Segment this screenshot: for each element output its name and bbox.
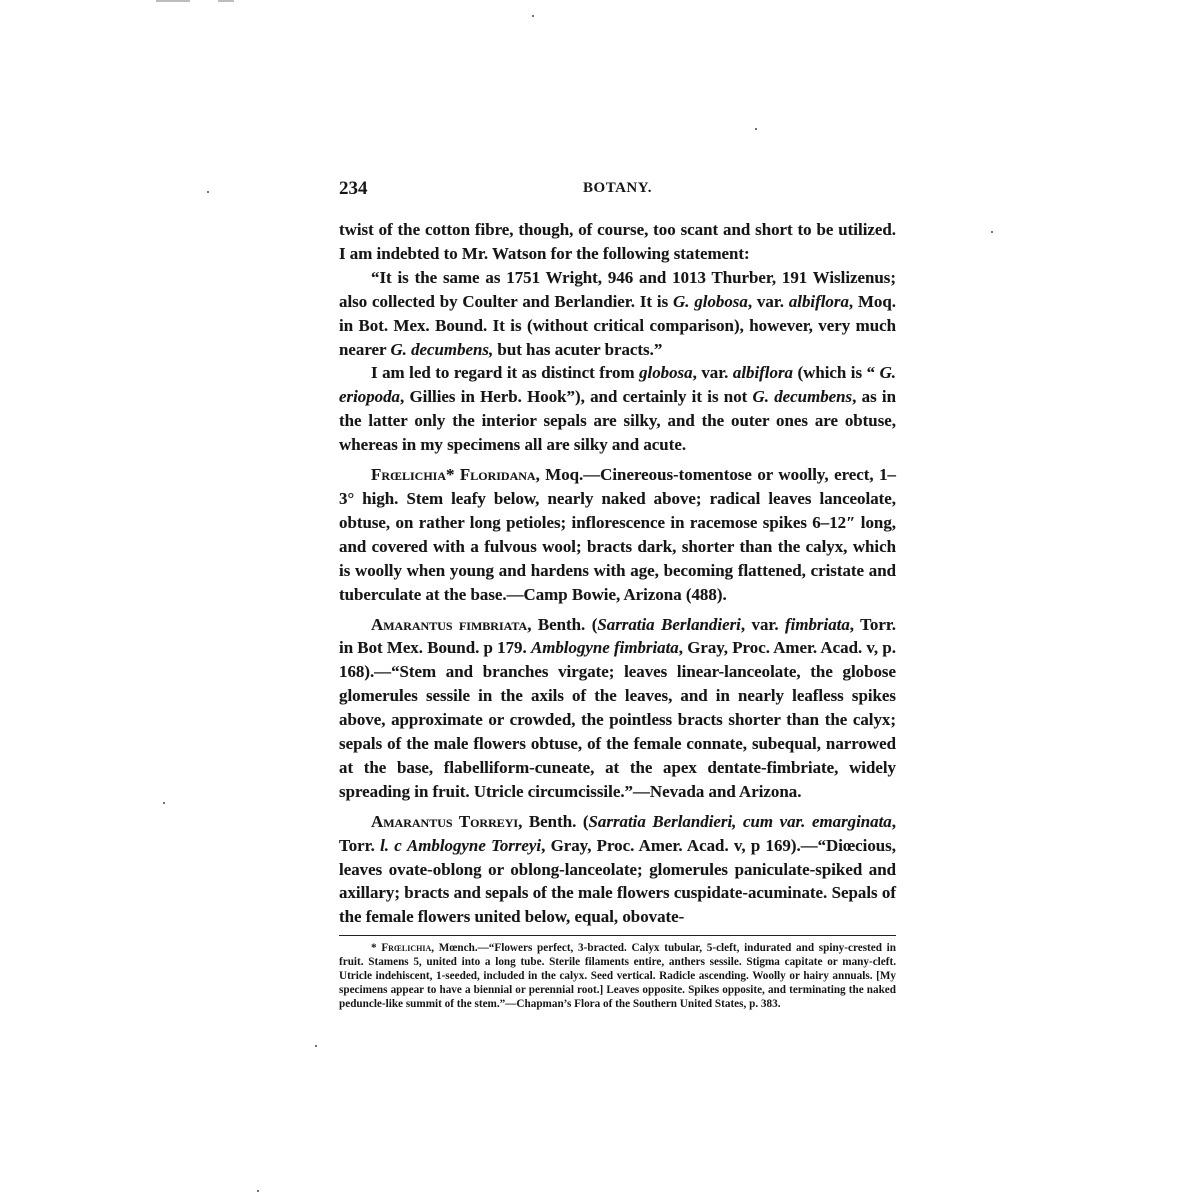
footnote-divider xyxy=(339,935,896,936)
paragraph: Amarantus fimbriata, Benth. (Sarratia Be… xyxy=(339,613,896,804)
scan-speck xyxy=(315,1045,317,1047)
italic-run: G. globosa xyxy=(673,292,748,311)
italic-run: Amblogyne fimbriata xyxy=(531,638,679,657)
small-caps-run: Frœlichia* Floridana xyxy=(371,465,536,484)
scan-speck xyxy=(207,191,209,193)
scan-speck xyxy=(532,15,534,17)
text-run: , Benth. ( xyxy=(527,615,597,634)
text-run: * xyxy=(371,942,381,954)
text-run: , Gillies in Herb. Hook”), and certainly… xyxy=(400,387,753,406)
scan-mark xyxy=(156,0,190,2)
text-run: (which is “ xyxy=(793,363,880,382)
footnote-text: * Frœlichia, Mœnch.—“Flowers perfect, 3-… xyxy=(339,941,896,1011)
scan-speck xyxy=(163,802,165,804)
small-caps-run: Amarantus Torreyi xyxy=(371,812,518,831)
paragraph: Frœlichia* Floridana, Moq.—Cinereous-tom… xyxy=(339,463,896,606)
italic-run: Amblogyne Torreyi xyxy=(407,836,541,855)
text-run: , Moq.—Cinereous-tomentose or woolly, er… xyxy=(339,465,896,604)
text-run: , Gray, Proc. Amer. Acad. v, p. 168).—“S… xyxy=(339,638,896,800)
text-run: , var. xyxy=(741,615,785,634)
scan-speck xyxy=(257,1190,259,1192)
paragraph: twist of the cotton fibre, though, of co… xyxy=(339,218,896,266)
paragraph: Amarantus Torreyi, Benth. (Sarratia Berl… xyxy=(339,810,896,930)
text-run: twist of the cotton fibre, though, of co… xyxy=(339,220,896,263)
scan-speck xyxy=(755,128,757,130)
text-run: , var. xyxy=(748,292,789,311)
text-run: , Benth. ( xyxy=(518,812,588,831)
paragraph: I am led to regard it as distinct from g… xyxy=(339,361,896,457)
scan-mark xyxy=(218,0,234,2)
small-caps-run: Frœlichia xyxy=(381,942,431,954)
body-text: twist of the cotton fibre, though, of co… xyxy=(339,218,896,929)
italic-run: albiflora xyxy=(733,363,793,382)
italic-run: l. c xyxy=(380,836,402,855)
italic-run: G. decumbens, xyxy=(390,340,493,359)
text-run: I am led to regard it as distinct from xyxy=(371,363,639,382)
italic-run: G. decumbens xyxy=(753,387,853,406)
italic-run: albiflora xyxy=(789,292,849,311)
book-page: 234 BOTANY. twist of the cotton fibre, t… xyxy=(339,178,896,1011)
text-run: but has acuter bracts.” xyxy=(493,340,662,359)
text-run: , var. xyxy=(693,363,733,382)
small-caps-run: Amarantus fimbriata xyxy=(371,615,527,634)
running-title: BOTANY. xyxy=(339,180,896,197)
scan-speck xyxy=(991,231,993,233)
italic-run: Sarratia Berlandieri, cum var. emarginat… xyxy=(589,812,892,831)
italic-run: Sarratia Berlandieri xyxy=(597,615,740,634)
footnote: * Frœlichia, Mœnch.—“Flowers perfect, 3-… xyxy=(339,941,896,1011)
italic-run: globosa xyxy=(639,363,693,382)
paragraph: “It is the same as 1751 Wright, 946 and … xyxy=(339,266,896,362)
running-head: 234 BOTANY. xyxy=(339,178,896,204)
italic-run: fimbriata xyxy=(785,615,850,634)
